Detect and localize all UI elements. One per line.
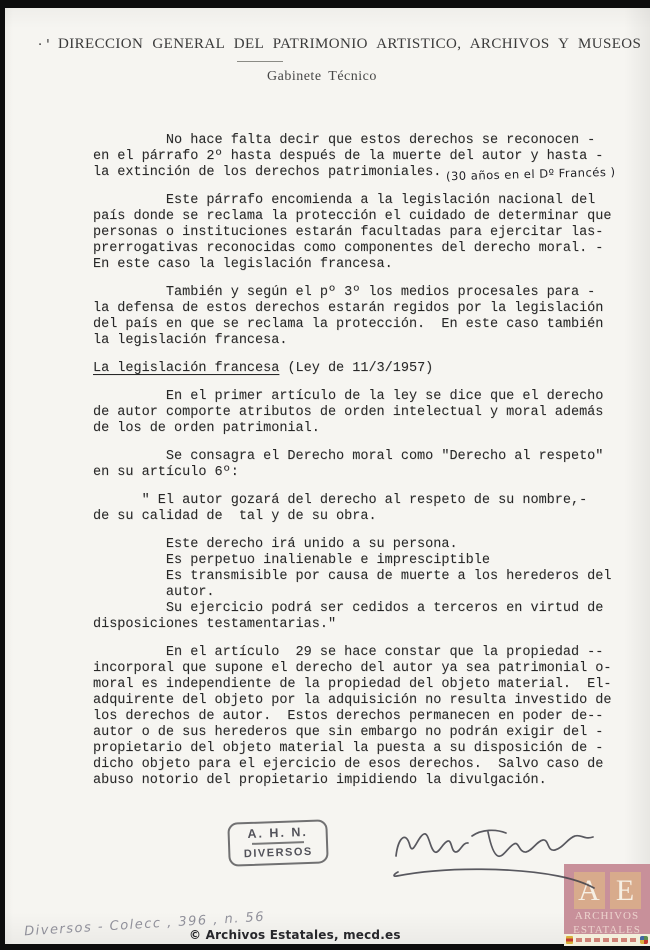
paragraph-4: En el primer artículo de la ley se dice … [93, 389, 623, 437]
stamp-line2: DIVERSOS [230, 845, 326, 860]
logo-government-strip [564, 934, 650, 946]
spain-coat-of-arms-icon [566, 936, 573, 944]
paragraph-2: Este párrafo encomienda a la legislación… [93, 193, 623, 273]
scanned-document-page: ·' DIRECCION GENERAL DEL PATRIMONIO ARTI… [0, 0, 650, 950]
scan-border-top [0, 0, 650, 8]
paragraph-6: En el artículo 29 se hace constar que la… [93, 645, 623, 789]
typed-text-block: No hace falta decir que estos derechos s… [93, 133, 623, 789]
scan-border-left [0, 0, 5, 950]
signature-maria-teresa [388, 810, 610, 894]
ministry-text-mark [576, 938, 637, 942]
quote-paragraph: " El autor gozará del derecho al respeto… [93, 493, 623, 525]
paragraph-3: También y según el pº 3º los medios proc… [93, 285, 623, 349]
logo-letter-e: E [610, 872, 641, 909]
stamp-divider [252, 841, 304, 844]
stamp-line1: A. H. N. [229, 824, 325, 841]
archive-stamp: A. H. N. DIVERSOS [227, 819, 328, 866]
quote-list: Este derecho irá unido a su persona. Es … [93, 537, 623, 633]
title-rule [237, 61, 283, 62]
ministry-logo-icon [640, 936, 648, 944]
org-title: DIRECCION GENERAL DEL PATRIMONIO ARTISTI… [58, 36, 618, 53]
section-heading: La legislación francesa (Ley de 11/3/195… [93, 361, 623, 377]
scan-border-bottom [0, 944, 650, 950]
section-heading-rest: (Ley de 11/3/1957) [279, 361, 433, 376]
dept-subtitle: Gabinete Técnico [267, 69, 377, 85]
ink-mark: ·' [38, 38, 54, 53]
section-heading-underlined: La legislación francesa [93, 361, 279, 376]
logo-word-archivos: ARCHIVOS [564, 911, 650, 923]
paragraph-5: Se consagra el Derecho moral como "Derec… [93, 449, 623, 481]
copyright-watermark: © Archivos Estatales, mecd.es [189, 928, 401, 942]
